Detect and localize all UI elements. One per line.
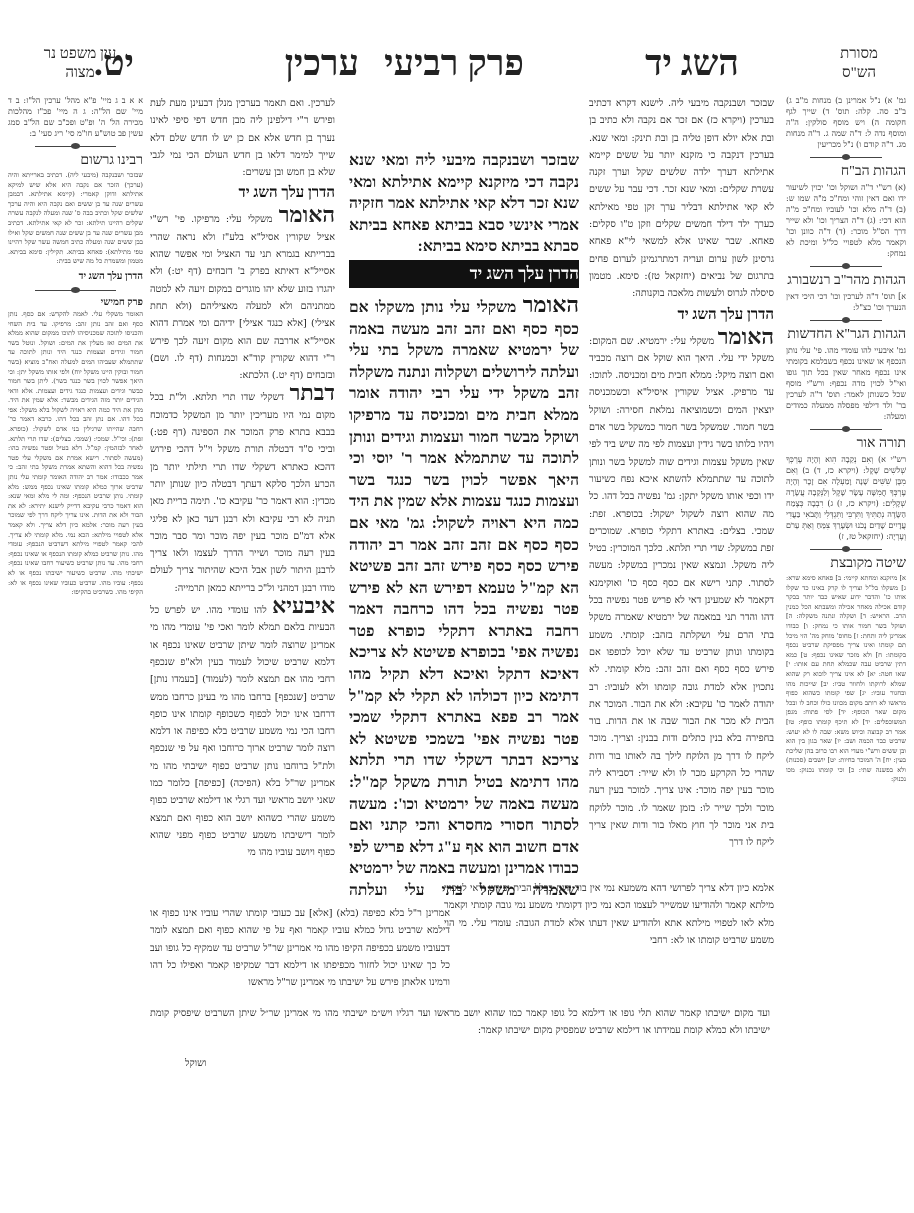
ornament-divider: [35, 142, 116, 150]
tosafot-dibur-1: האומר משקלי עלי: מרפיקו. פי' רש"י אציל ש…: [150, 206, 335, 384]
section-text-torah-or: רש"י א) וְאִם נְקֵבָה הִוא וְהָיָה עֶרְכ…: [786, 454, 906, 542]
tosafot-bottom-text: אמרינן ר"ל בלא כפיפה (בלא) [אלא] עב כעוב…: [150, 905, 450, 1010]
masoret-hashas-column: גמ' א) נ"ל אמרינן ב) מנחות מ"ב ג) ב"ב סה…: [786, 95, 906, 1205]
rashi-hadran: הדרן עלך השג יד: [589, 307, 774, 324]
ornament-divider: [35, 286, 116, 294]
ein-mishpat-column: א א ב ג מיי' פ"א מהל' ערכין הל"ז: ב ד מי…: [8, 95, 143, 1205]
tosafot-dibur-2: דבתר דשקלי שדו תרי תלתא. ול"ת בכל מקום נ…: [150, 384, 335, 597]
tosafot-top-text: לערכין. ואם תאמר בערכין מנלן דבעינן מעת …: [150, 95, 335, 181]
section-title-shita: שיטה מקובצת: [786, 556, 906, 572]
tosafot-opening-1: האומר: [279, 202, 335, 227]
ornament-divider: [810, 425, 882, 433]
rashi-last-lines: ועד מקום ישיבתו קאמר שהוא תלי גופו או די…: [150, 1005, 770, 1045]
tosafot-opening-2: דבתר: [290, 380, 335, 405]
perek-chamishi-title: פרק חמישי: [8, 297, 143, 308]
ornament-divider: [810, 262, 882, 270]
masoret-entries: גמ' א) נ"ל אמרינן ב) מנחות מ"ב ג) ב"ב סה…: [786, 95, 906, 150]
perek-name: פרק רביעי: [384, 45, 524, 81]
mishna-opening-word: האומר: [523, 292, 579, 317]
rabbenu-gershom-hadran: הדרן עלך השג יד: [8, 271, 143, 282]
tosafot-hadran: הדרן עלך השג יד: [150, 185, 335, 202]
tosafot-text-1: משקלי עלי: מרפיקו. פי' רש"י אציל שקורין …: [150, 214, 335, 381]
mishna-text: משקלי עלי נותן משקלו אם כסף כסף ואם זהב …: [349, 299, 579, 532]
gemara-intro: שבזכר ושבנקבה מיבעי ליה ומאי שנא נקבה דכ…: [349, 150, 579, 258]
tractate-name: ערכין: [285, 45, 359, 81]
hadran-box: הדרן עלך השג יד: [349, 260, 579, 288]
ein-mishpat-entries: א א ב ג מיי' פ"א מהל' ערכין הל"ז: ב ד מי…: [8, 95, 143, 139]
section-text-shita: א] מיזקנא ומחתא קיימי: ב] פאחא סימא שרא:…: [786, 574, 906, 785]
masoret-hashas-header: מסורת הש"ס: [824, 45, 894, 83]
section-title-rashbursh: הגהות מהר"ב רנשבורג: [786, 273, 906, 289]
section-title-gra: הגהות הגר"א החדשות: [786, 327, 906, 343]
rashi-mishna-opening: האומר: [718, 324, 774, 349]
tosafot-opening-3: איבעיא: [272, 593, 335, 618]
tosafot-dibur-3: איבעיא להו עומדי מהו. יש לפרש כל הבעיות …: [150, 597, 335, 861]
rabbenu-gershom-text-2: האומר משקלי עלי. לאמה להקדש: אם כסף. נות…: [8, 310, 143, 598]
perek-label: השג יד: [645, 45, 739, 81]
gemara-text: גמ' מאי אם כסף כסף אם זהב זהב אמר רב יהו…: [349, 515, 579, 895]
rashi-top-text: שבזכר ושבנקבה מיבעי ליה. לישנא דקרא דכתי…: [589, 95, 774, 303]
ein-mishpat-header: עין משפט נר מצוה: [40, 45, 120, 83]
rashi-body: האומר משקלי עלי: ירמטיא. שם המקום: משקל …: [589, 328, 774, 852]
rabbenu-gershom-text: שבזכר ושבנקבה (מיבעי ליה). דכתיב בארייתא…: [8, 171, 143, 267]
tosafot-text-2: דשקלי שדו תרי תלתא. ול"ת בכל מקום נמי הי…: [150, 392, 335, 593]
section-title-bach: הגהות הב"ח: [786, 164, 906, 180]
ornament-divider: [810, 316, 882, 324]
tosafot-text-3: להו עומדי מהו. יש לפרש כל הבעיות בלאם תמ…: [150, 605, 335, 858]
gemara-column: שבזכר ושבנקבה מיבעי ליה ומאי שנא נקבה דכ…: [349, 150, 579, 895]
section-text-gra: גמ' איבעיי להו עומדי מהו. פי' עלי נותן ה…: [786, 345, 906, 422]
rashi-column: שבזכר ושבנקבה מיבעי ליה. לישנא דקרא דכתי…: [589, 95, 774, 885]
section-text-bach: (א) רש"י ד"ה ושוקל וכו' יכוין לשיעור ידו…: [786, 182, 906, 259]
rashi-body-text: משקלי עלי: ירמטיא. שם המקום: משקל ידי על…: [589, 336, 774, 849]
section-title-torah-or: תורה אור: [786, 436, 906, 452]
tosafot-column: לערכין. ואם תאמר בערכין מנלן דבעינן מעת …: [150, 95, 335, 895]
mishna-and-gemara: האומר משקלי עלי נותן משקלו אם כסף כסף וא…: [349, 294, 579, 895]
catchword: ושוקל: [185, 1055, 206, 1072]
rabbenu-gershom-title: רבינו גרשום: [8, 153, 143, 169]
section-text-rashbursh: א] תוס' ד"ה לערכין וכו' דכי היכי דאין הנ…: [786, 291, 906, 313]
ornament-divider: [810, 545, 882, 553]
rashi-bottom-lines: אלמא כיון דלא צריך לפרושי דהא משמעא נמי …: [444, 880, 774, 985]
ornament-divider: [810, 153, 882, 161]
